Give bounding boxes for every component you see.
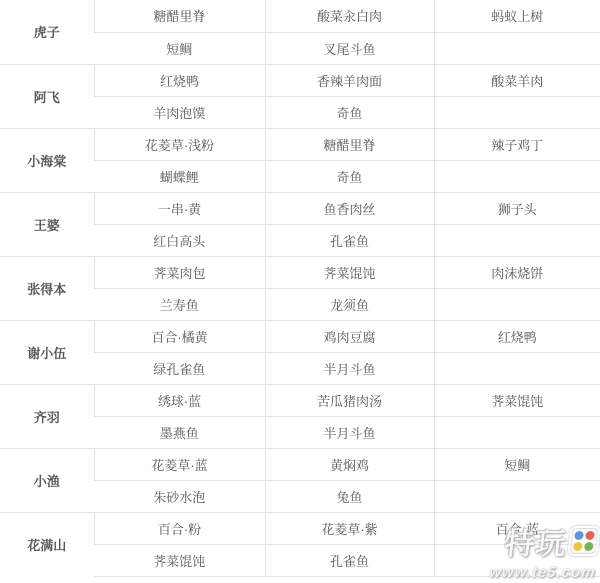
table-cell: 狮子头	[434, 192, 600, 224]
character-name: 张得本	[0, 256, 94, 320]
table-cell: 龙须鱼	[265, 288, 434, 320]
table-cell	[434, 480, 600, 512]
table-cell	[434, 224, 600, 256]
table-cell	[434, 416, 600, 448]
table-cell: 香辣羊肉面	[265, 64, 434, 96]
table-cell: 糖醋里脊	[94, 0, 265, 32]
table-cell: 苦瓜猪肉汤	[265, 384, 434, 416]
table-cell	[434, 352, 600, 384]
table-cell: 鸡肉豆腐	[265, 320, 434, 352]
table-cell: 蝴蝶鲤	[94, 160, 265, 192]
table-cell: 墨燕鱼	[94, 416, 265, 448]
table-cell: 红烧鸭	[434, 320, 600, 352]
table-cell: 羊肉泡馍	[94, 96, 265, 128]
table-cell: 酸菜汆白肉	[265, 0, 434, 32]
table-cell: 奇鱼	[265, 160, 434, 192]
table-cell	[434, 544, 600, 576]
table-cell: 荠菜馄饨	[434, 384, 600, 416]
character-name: 花满山	[0, 512, 94, 576]
table-cell	[434, 96, 600, 128]
character-name: 王婆	[0, 192, 94, 256]
table-cell: 辣子鸡丁	[434, 128, 600, 160]
table-cell: 一串·黄	[94, 192, 265, 224]
character-name: 小渔	[0, 448, 94, 512]
page: 虎子 糖醋里脊 酸菜汆白肉 蚂蚁上树 短鲷 叉尾斗鱼 阿飞 红烧鸭 香辣羊肉面 …	[0, 0, 600, 583]
character-name: 谢小伍	[0, 320, 94, 384]
character-name: 虎子	[0, 0, 94, 64]
table-cell: 叉尾斗鱼	[265, 32, 434, 64]
table-cell: 肉沫烧饼	[434, 256, 600, 288]
table-cell: 百合·橘黄	[94, 320, 265, 352]
character-name: 阿飞	[0, 64, 94, 128]
character-name: 齐羽	[0, 384, 94, 448]
character-name: 小海棠	[0, 128, 94, 192]
table-cell: 兔鱼	[265, 480, 434, 512]
table-cell: 百合·粉	[94, 512, 265, 544]
table-cell: 鱼香肉丝	[265, 192, 434, 224]
table-cell: 孔雀鱼	[265, 544, 434, 576]
table-cell: 花菱草·蓝	[94, 448, 265, 480]
table-cell	[434, 32, 600, 64]
table-cell: 黄焖鸡	[265, 448, 434, 480]
table-cell: 朱砂水泡	[94, 480, 265, 512]
table-cell: 半月斗鱼	[265, 352, 434, 384]
table-cell: 蚂蚁上树	[434, 0, 600, 32]
table-cell: 花菱草·浅粉	[94, 128, 265, 160]
table-cell: 荠菜肉包	[94, 256, 265, 288]
table-cell: 红烧鸭	[94, 64, 265, 96]
table-cell: 孔雀鱼	[265, 224, 434, 256]
table-cell: 百合·蓝	[434, 512, 600, 544]
table-cell: 酸菜羊肉	[434, 64, 600, 96]
table-cell: 半月斗鱼	[265, 416, 434, 448]
table-cell	[434, 160, 600, 192]
table-cell	[434, 288, 600, 320]
table-cell: 糖醋里脊	[265, 128, 434, 160]
table-cell: 短鲷	[434, 448, 600, 480]
table-cell: 花菱草·紫	[265, 512, 434, 544]
npc-gift-table: 虎子 糖醋里脊 酸菜汆白肉 蚂蚁上树 短鲷 叉尾斗鱼 阿飞 红烧鸭 香辣羊肉面 …	[0, 0, 600, 577]
table-cell: 奇鱼	[265, 96, 434, 128]
table-cell: 红白高头	[94, 224, 265, 256]
table-cell: 绣球·蓝	[94, 384, 265, 416]
table-cell: 荠菜馄饨	[94, 544, 265, 576]
table-cell: 绿孔雀鱼	[94, 352, 265, 384]
table-cell: 兰寿鱼	[94, 288, 265, 320]
table-cell: 短鲷	[94, 32, 265, 64]
table-cell: 荠菜馄饨	[265, 256, 434, 288]
